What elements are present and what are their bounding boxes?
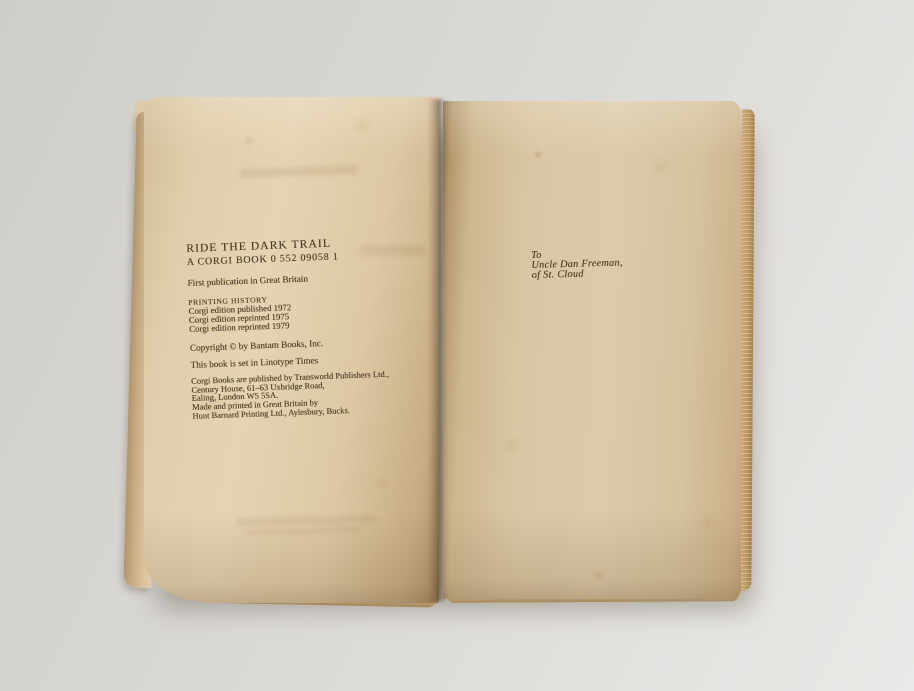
- show-through-smudge: [236, 515, 376, 526]
- age-stain: [242, 135, 256, 147]
- age-stain: [698, 516, 718, 532]
- age-stain: [591, 569, 607, 582]
- dedication-text-block: To Uncle Dan Freeman, of St. Cloud: [531, 248, 623, 281]
- left-page: RIDE THE DARK TRAIL A CORGI BOOK 0 552 0…: [144, 97, 439, 603]
- dedication-line: of St. Cloud: [532, 269, 624, 282]
- right-page-shading: [443, 101, 741, 599]
- book-photo: RIDE THE DARK TRAIL A CORGI BOOK 0 552 0…: [0, 0, 914, 691]
- copyright-text-block: RIDE THE DARK TRAIL A CORGI BOOK 0 552 0…: [186, 234, 437, 421]
- publisher-imprint-block: Corgi Books are published by Transworld …: [191, 368, 437, 421]
- age-stain: [349, 117, 375, 135]
- right-page: To Uncle Dan Freeman, of St. Cloud: [443, 101, 741, 599]
- show-through-smudge: [244, 526, 362, 535]
- copyright-line: Copyright © by Bantam Books, Inc.: [190, 334, 435, 353]
- age-stain: [648, 156, 674, 176]
- age-stain: [533, 150, 543, 159]
- show-through-smudge: [240, 165, 358, 178]
- typeface-note-line: This book is set in Linotype Times: [190, 351, 435, 370]
- age-stain: [501, 436, 525, 456]
- first-publication-line: First publication in Great Britain: [187, 269, 432, 288]
- age-stain: [372, 475, 392, 491]
